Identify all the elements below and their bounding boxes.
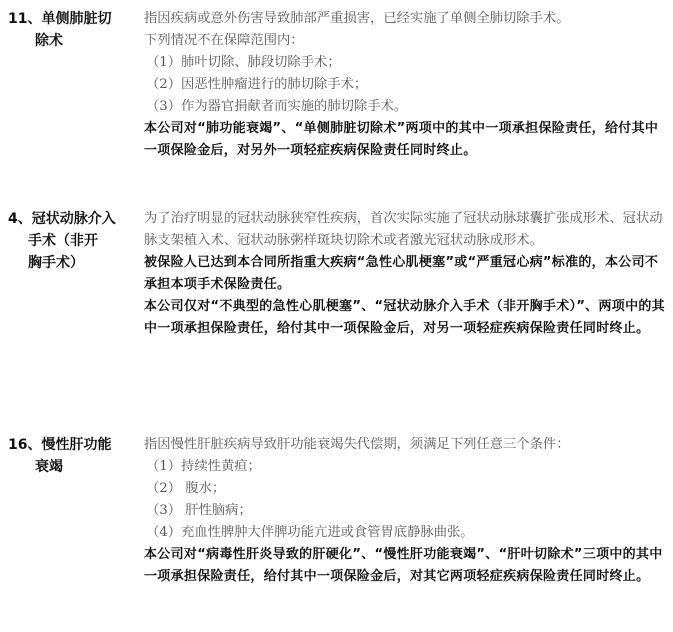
bold-note: 本公司对“肺功能衰竭”、“单侧肺脏切除术”两项中的其中一项承担保险责任，给付其中… [144,118,669,162]
condition-item: （4）充血性脾肿大伴脾功能亢进或食管胃底静脉曲张。 [144,522,669,544]
clause-number: 11、 [8,8,41,30]
condition-item: （2） 腹水； [144,478,669,500]
clause-title-line2: 除术 [8,30,138,52]
clause-body: 指因疾病或意外伤害导致肺部严重损害，已经实施了单侧全肺切除手术。 下列情况不在保… [144,8,669,162]
clause-title-line1: 冠状动脉介入 [32,211,116,227]
exclusion-intro: 下列情况不在保障范围内： [144,30,669,52]
exclusion-item: （2）因恶性肿瘤进行的肺切除手术； [144,74,669,96]
bold-note: 被保险人已达到本合同所指重大疾病“急性心肌梗塞”或“严重冠心病”标准的，本公司不… [144,252,669,296]
clause-title: 4、冠状动脉介入 手术（非开 胸手术） [8,208,138,274]
clause-body: 为了治疗明显的冠状动脉狭窄性疾病，首次实际实施了冠状动脉球囊扩张成形术、冠状动脉… [144,208,669,340]
clause-title: 16、慢性肝功能 衰竭 [8,434,138,478]
clause-definition: 指因慢性肝脏疾病导致肝功能衰竭失代偿期，须满足下列任意三个条件： [144,434,669,456]
clause-number: 16、 [8,434,41,456]
exclusion-item: （3）作为器官捐献者而实施的肺切除手术。 [144,96,669,118]
exclusion-item: （1）肺叶切除、肺段切除手术； [144,52,669,74]
bold-note: 本公司仅对“不典型的急性心肌梗塞”、“冠状动脉介入手术（非开胸手术）”、两项中的… [144,296,669,340]
clause-definition: 为了治疗明显的冠状动脉狭窄性疾病，首次实际实施了冠状动脉球囊扩张成形术、冠状动脉… [144,208,669,252]
condition-item: （1）持续性黄疸； [144,456,669,478]
bold-note: 本公司对“病毒性肝炎导致的肝硬化”、“慢性肝功能衰竭”、“肝叶切除术”三项中的其… [144,544,669,588]
clause-definition: 指因疾病或意外伤害导致肺部严重损害，已经实施了单侧全肺切除手术。 [144,8,669,30]
clause-title-line2: 衰竭 [8,456,138,478]
condition-item: （3） 肝性脑病； [144,500,669,522]
clause-title-line1: 慢性肝功能 [41,437,111,453]
clause-title: 11、单侧肺脏切 除术 [8,8,138,52]
clause-body: 指因慢性肝脏疾病导致肝功能衰竭失代偿期，须满足下列任意三个条件： （1）持续性黄… [144,434,669,588]
clause-title-line1: 单侧肺脏切 [41,11,111,27]
clause-title-line3: 胸手术） [8,252,138,274]
clause-title-line2: 手术（非开 [8,230,138,252]
clause-number: 4、 [8,208,32,230]
